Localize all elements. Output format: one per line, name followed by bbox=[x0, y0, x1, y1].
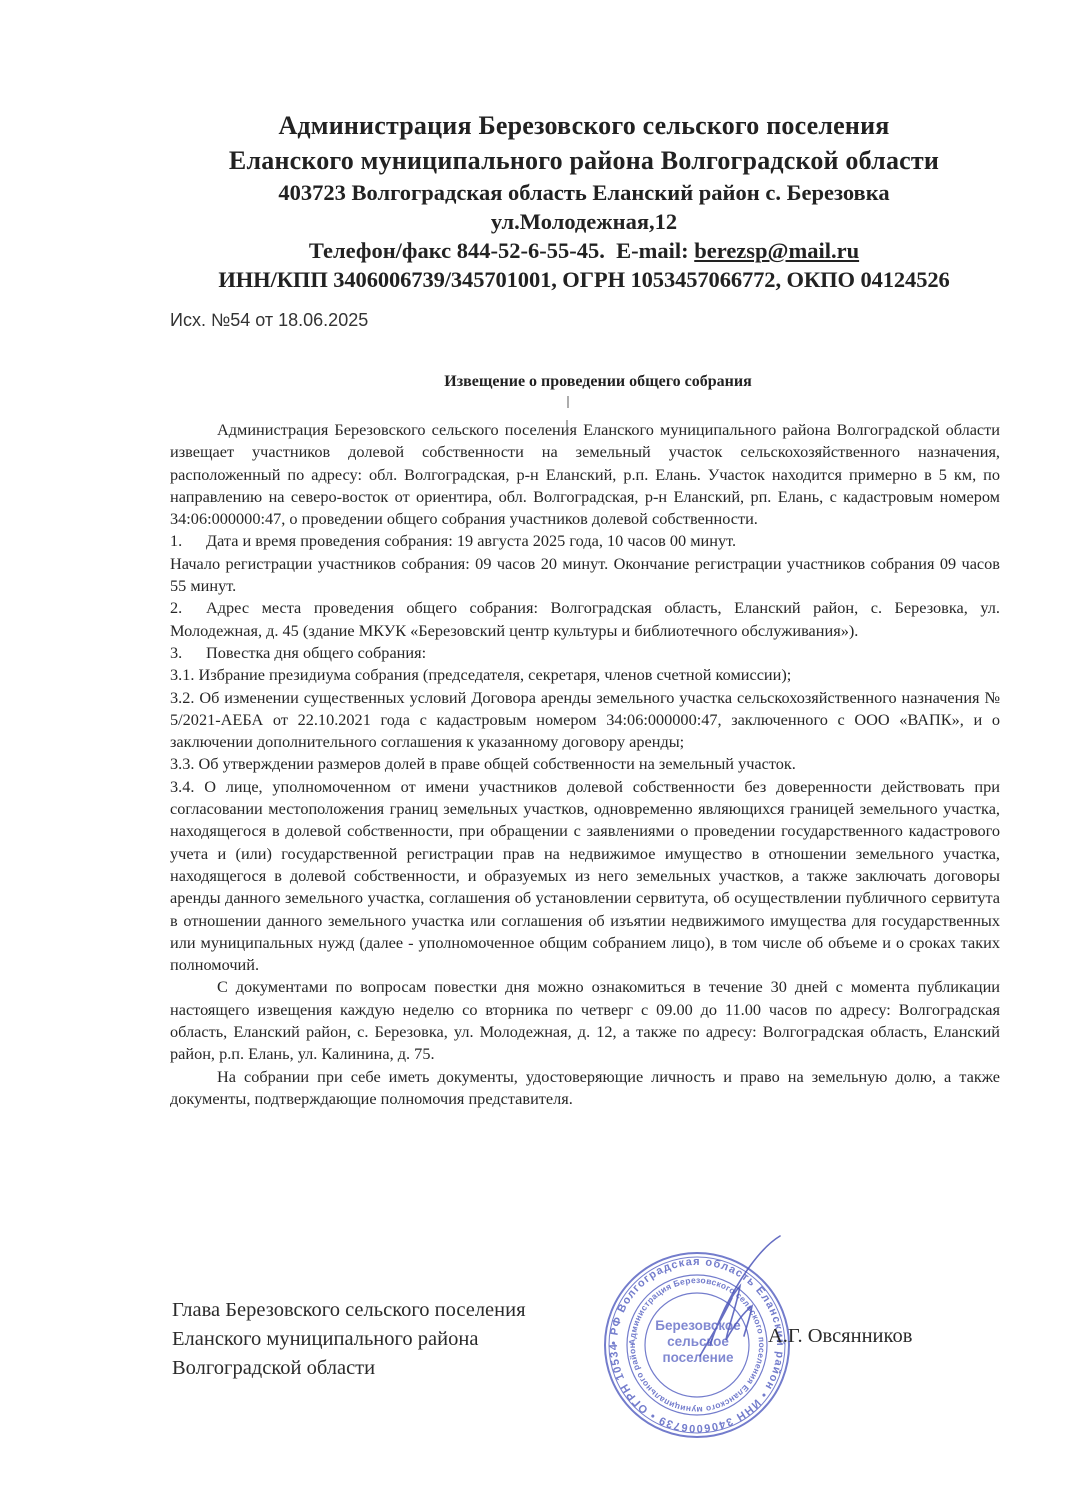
contact-line: Телефон/факс 844-52-6-55-45. E-mail: ber… bbox=[150, 236, 1018, 265]
agenda-item: 3.2. Об изменении существенных условий Д… bbox=[170, 687, 1000, 754]
organization-street: ул.Молодежная,12 bbox=[150, 207, 1018, 236]
item-text: Адрес места проведения общего собрания: … bbox=[170, 598, 1000, 639]
outgoing-reference: Исх. №54 от 18.06.2025 bbox=[170, 310, 368, 331]
notice-title: Извещение о проведении общего собрания bbox=[170, 373, 1026, 391]
document-page: Администрация Березовского сельского пос… bbox=[0, 0, 1069, 1500]
notice-body: Администрация Березовского сельского пос… bbox=[170, 419, 1000, 1110]
organization-district: Еланского муниципального района Волгогра… bbox=[150, 143, 1018, 178]
phone-fax: Телефон/факс 844-52-6-55-45. E-mail: bbox=[309, 238, 694, 263]
item-3: 3.Повестка дня общего собрания: bbox=[170, 642, 1000, 664]
bring-documents-paragraph: На собрании при себе иметь документы, уд… bbox=[170, 1066, 1000, 1111]
registration-times: Начало регистрации участников собрания: … bbox=[170, 553, 1000, 598]
organization-address: 403723 Волгоградская область Еланский ра… bbox=[150, 178, 1018, 207]
scan-artifact bbox=[567, 396, 569, 408]
agenda-item: 3.4. О лице, уполномоченном от имени уча… bbox=[170, 776, 1000, 977]
signatory-name: А.Г. Овсянников bbox=[768, 1325, 912, 1348]
position-line: Еланского муниципального района bbox=[172, 1325, 526, 1354]
item-text: Дата и время проведения собрания: 19 авг… bbox=[206, 531, 736, 550]
item-text: Повестка дня общего собрания: bbox=[206, 643, 426, 662]
email-link[interactable]: berezsp@mail.ru bbox=[694, 238, 859, 263]
letterhead: Администрация Березовского сельского пос… bbox=[150, 108, 1018, 294]
agenda-item: 3.1. Избрание президиума собрания (предс… bbox=[170, 664, 1000, 686]
intro-paragraph: Администрация Березовского сельского пос… bbox=[170, 419, 1000, 530]
position-line: Волгоградской области bbox=[172, 1354, 526, 1383]
item-2: 2.Адрес места проведения общего собрания… bbox=[170, 597, 1000, 642]
position-line: Глава Березовского сельского поселения bbox=[172, 1296, 526, 1325]
agenda-item: 3.3. Об утверждении размеров долей в пра… bbox=[170, 753, 1000, 775]
item-1: 1.Дата и время проведения собрания: 19 а… bbox=[170, 530, 1000, 552]
documents-paragraph: С документами по вопросам повестки дня м… bbox=[170, 976, 1000, 1065]
item-number: 1. bbox=[170, 530, 206, 552]
handwritten-signature-icon bbox=[640, 1228, 790, 1378]
item-number: 3. bbox=[170, 642, 206, 664]
organization-name: Администрация Березовского сельского пос… bbox=[150, 108, 1018, 143]
signatory-position: Глава Березовского сельского поселения Е… bbox=[172, 1296, 526, 1383]
scan-artifact bbox=[470, 810, 473, 815]
scan-artifact bbox=[566, 420, 568, 436]
organization-requisites: ИНН/КПП 3406006739/345701001, ОГРН 10534… bbox=[150, 265, 1018, 294]
item-number: 2. bbox=[170, 597, 206, 619]
